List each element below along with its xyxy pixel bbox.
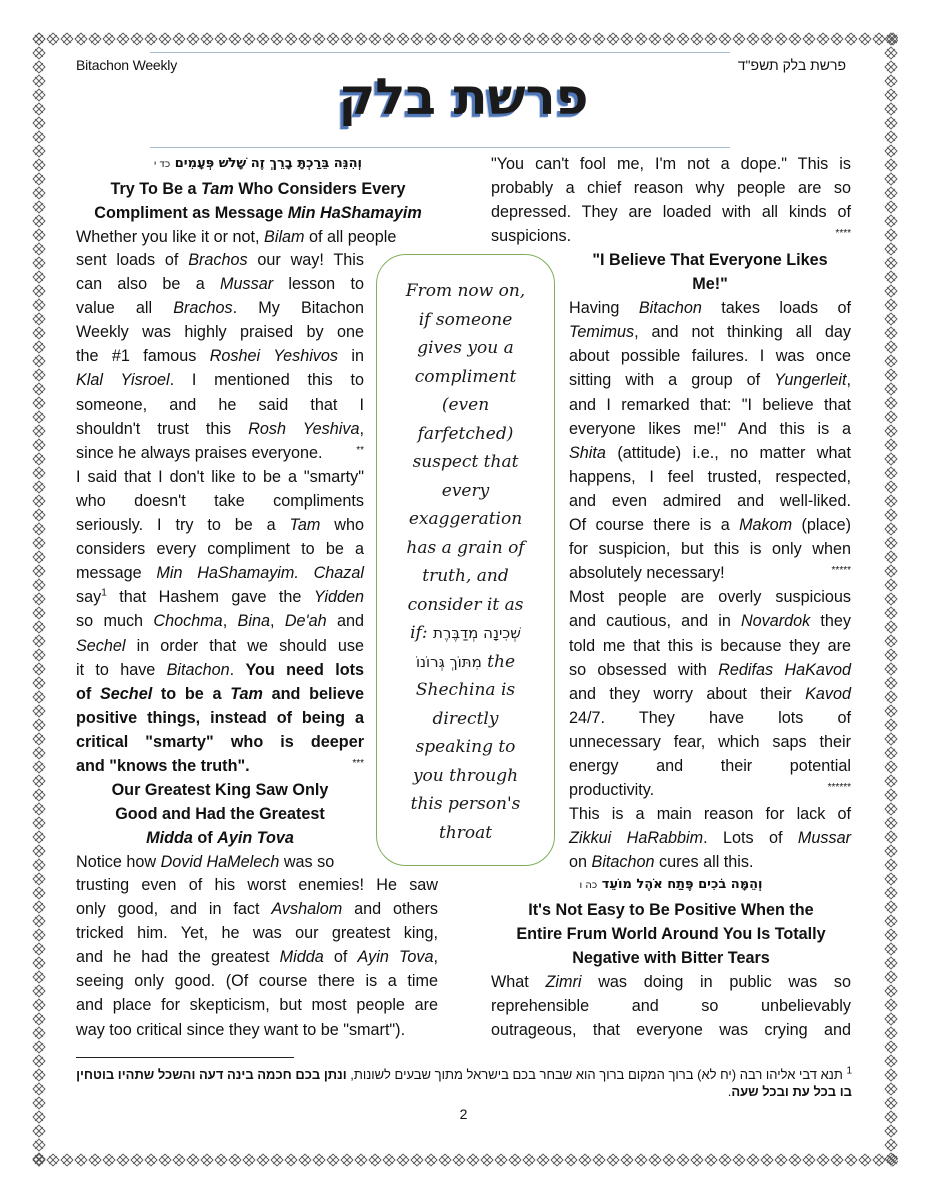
paragraph: Whether you like it or not, Bilam of all…: [76, 225, 440, 249]
verse-quote: וְהֵמָּה בֹכִים פֶּתַח אֹהֶל מוֹעֵד כה ו: [491, 873, 851, 898]
page-border-top: [32, 32, 898, 46]
left-column-narrow: sent loads of Brachos our way! This can …: [76, 248, 364, 874]
footnote-marker: 1: [846, 1066, 852, 1077]
right-column-bottom: וְהֵמָּה בֹכִים פֶּתַח אֹהֶל מוֹעֵד כה ו…: [491, 873, 851, 1043]
page-border-left: [32, 32, 46, 1167]
section-separator: ****: [835, 224, 851, 244]
pull-quote-text: From now on, if someone gives you a comp…: [377, 277, 554, 847]
right-column-top: "You can't fool me, I'm not a dope." Thi…: [491, 152, 851, 248]
pull-quote-box: From now on, if someone gives you a comp…: [376, 254, 555, 866]
right-column-narrow: "I Believe That Everyone Likes Me!" Havi…: [569, 248, 851, 874]
section-heading: Try To Be a Tam Who Considers Every Comp…: [76, 177, 440, 225]
page-number: 2: [0, 1106, 927, 1122]
section-heading: Our Greatest King Saw Only Good and Had …: [76, 778, 364, 850]
section-separator: ******: [828, 778, 851, 798]
left-column: וְהִנֵּה בֵּרַכְתָּ בָרֵךְ זֶה שָׁלֹשׁ פ…: [76, 152, 440, 249]
verse-quote: וְהִנֵּה בֵּרַכְתָּ בָרֵךְ זֶה שָׁלֹשׁ פ…: [76, 152, 440, 177]
header-rule-bottom: [150, 147, 730, 148]
header-rule-top: [150, 52, 730, 53]
footnote-separator: [76, 1057, 294, 1058]
page-border-bottom: [32, 1153, 898, 1167]
section-separator: *****: [832, 561, 851, 581]
page-title: פרשת בלק: [0, 68, 927, 126]
section-separator: **: [356, 441, 364, 461]
section-heading: It's Not Easy to Be Positive When the En…: [491, 898, 851, 970]
section-heading: "I Believe That Everyone Likes Me!": [569, 248, 851, 296]
page-border-right: [884, 32, 898, 1167]
section-separator: ***: [352, 754, 364, 774]
footnote: 1 תנא דבי אליהו רבה (יח לא) ברוך המקום ב…: [76, 1066, 852, 1100]
left-column-bottom: trusting even of his worst enemies! He s…: [76, 873, 438, 1042]
